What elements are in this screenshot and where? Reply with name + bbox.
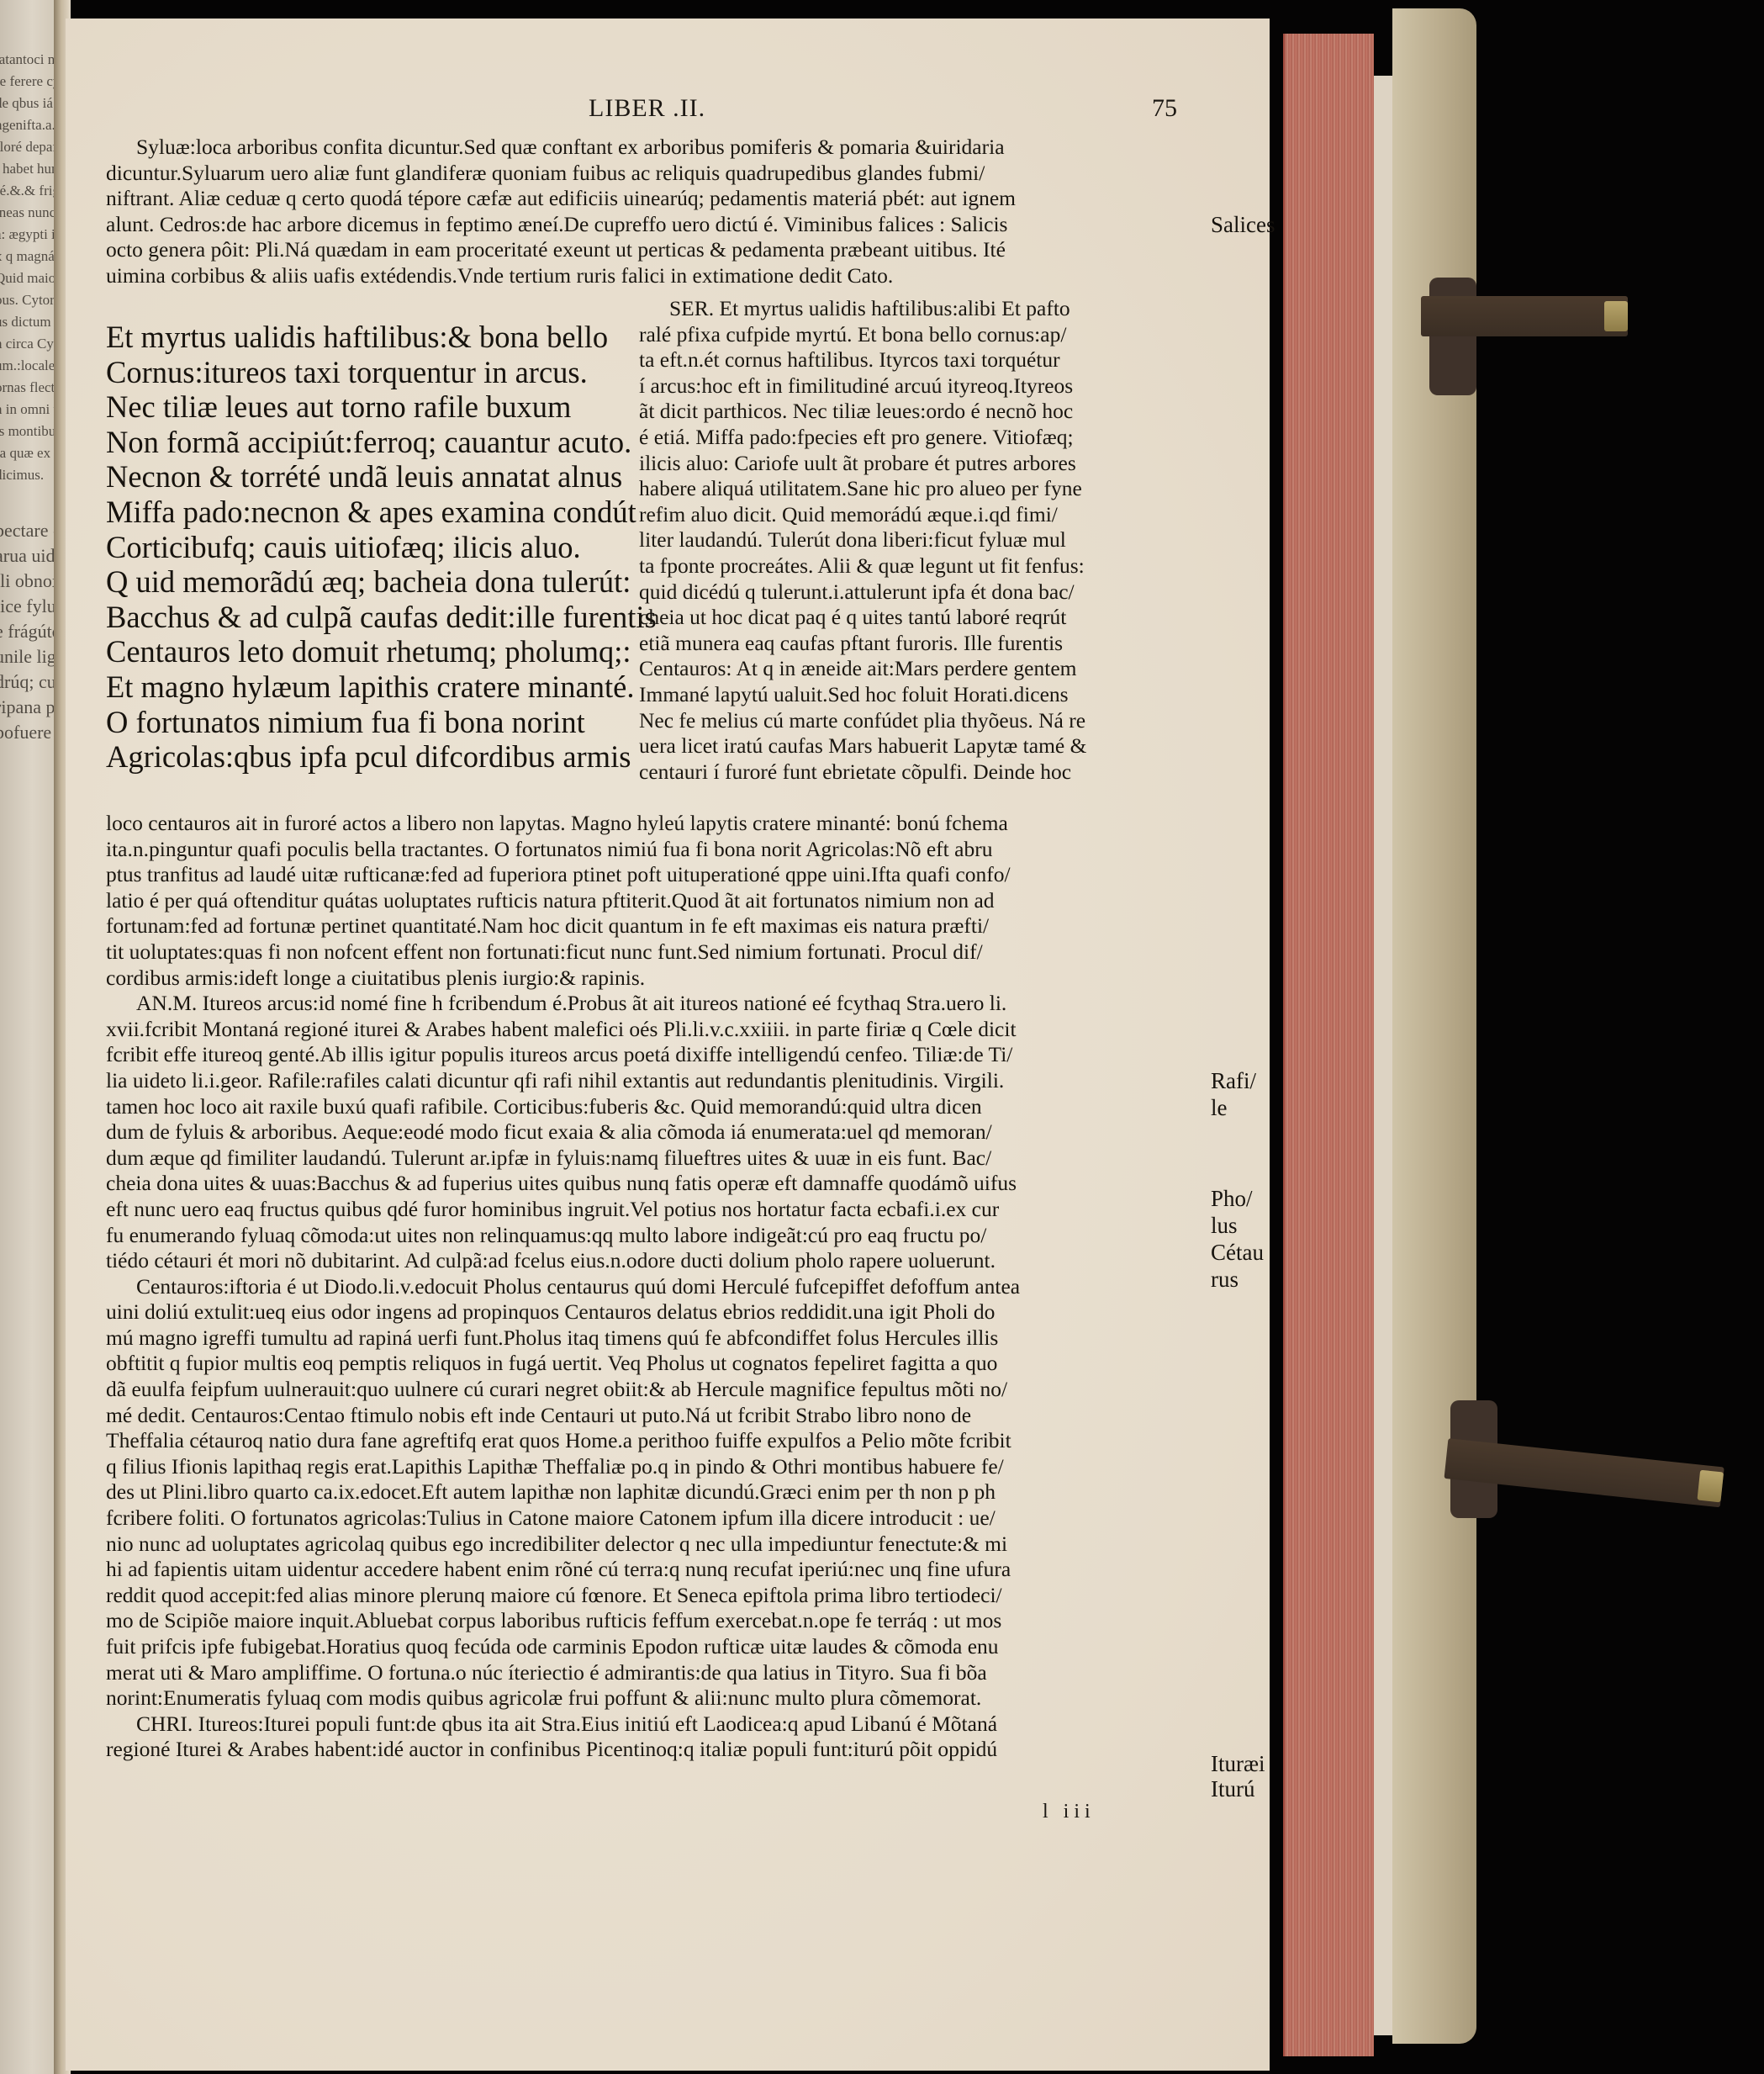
verse-line: Nec tiliæ leues aut torno rafile buxum <box>106 389 657 425</box>
margin-note: rus <box>1211 1267 1238 1293</box>
gloss-line: etiã munera eaq caufas pftant furoris. I… <box>639 631 1086 657</box>
previous-page-text-fragment: floré depafta fatidi <box>0 138 54 156</box>
text-line: Centauros:iftoria é ut Diodo.li.v.edocui… <box>106 1274 1020 1300</box>
gloss-line: quid dicédú q tulerunt.i.attulerunt ipfa… <box>639 579 1086 606</box>
text-line: fcribit effe itureoq genté.Ab illis igit… <box>106 1042 1020 1068</box>
gloss-line: centauri í furoré funt ebrietate cõpulfi… <box>639 759 1086 786</box>
clasp-tip-bottom <box>1697 1470 1724 1503</box>
clasp-top <box>1421 296 1628 336</box>
endleaf <box>1374 76 1392 2035</box>
gloss-line: Centauros: At q in æneide ait:Mars perde… <box>639 656 1086 682</box>
previous-page-text-fragment: pectare cytoru <box>0 521 54 540</box>
text-line: octo genera pôit: Pli.Ná quædam in eam p… <box>106 237 1016 263</box>
gloss-line: ilicis aluo: Cariofe uult ãt probare ét … <box>639 451 1086 477</box>
text-line: mé dedit. Centauros:Centao ftimulo nobis… <box>106 1403 1020 1429</box>
text-line: Theffalia cétauroq natio dura fane agref… <box>106 1428 1020 1454</box>
clasp-plate-top <box>1429 278 1476 395</box>
gloss-line: uera licet iratú caufas Mars habuerit La… <box>639 733 1086 759</box>
text-line: q filius Ifionis lapithaq regis erat.Lap… <box>106 1454 1020 1480</box>
verse-line: Corticibufq; cauis uitiofæq; ilicis aluo… <box>106 530 657 565</box>
margin-note: le <box>1211 1095 1228 1121</box>
red-fore-edge <box>1283 34 1374 2056</box>
previous-page-text-fragment: is montibus plurim <box>0 422 54 441</box>
text-line: hi ad fapientis uitam uidentur accedere … <box>106 1557 1020 1583</box>
gloss-line: Nec fe melius cú marte confúdet plia thy… <box>639 708 1086 734</box>
previous-page-text-fragment: ngenifta.a.ut Plinig <box>0 116 54 135</box>
previous-page-text-fragment: latantoci nulla ferti <box>0 50 54 69</box>
previous-page-text-fragment: bus. Cytorum tefe <box>0 291 54 310</box>
previous-page-text-fragment: n circa Cytog.Bux <box>0 335 54 353</box>
gloss-line: í arcus:hoc eft in fimilitudiné arcuú it… <box>639 373 1086 399</box>
previous-page-text-fragment: fa quæ ex buxo fi <box>0 444 54 463</box>
verse-block: Et myrtus ualidis haftilibus:& bona bell… <box>106 320 657 775</box>
previous-page-text-fragment: a: ægypti ignem ai <box>0 225 54 244</box>
text-line: tamen hoc loco ait raxile buxú quafi raf… <box>106 1094 1020 1120</box>
intro-commentary: Syluæ:loca arboribus confita dicuntur.Se… <box>106 135 1016 289</box>
running-head: LIBER .II. <box>589 94 705 123</box>
text-line: eft nunc uero eaq fructus quibus qdé fur… <box>106 1197 1020 1223</box>
previous-page-text-fragment: ré.&.& frigus & cla <box>0 182 54 200</box>
text-line: norint:Enumeratis fyluaq com modis quibu… <box>106 1685 1020 1712</box>
verse-line: O fortunatos nimium fua fi bona norint <box>106 705 657 740</box>
text-line: dum de fyluis & arboribus. Aeque:eodé mo… <box>106 1119 1020 1145</box>
margin-note: Iturú <box>1211 1776 1254 1802</box>
previous-page-text-fragment: ineas nuncupát. T <box>0 204 54 222</box>
folio-number: 75 <box>1152 94 1177 123</box>
text-line: loco centauros ait in furoré actos a lib… <box>106 811 1020 837</box>
text-line: mo de Scipiõe maiore inquit.Abluebat cor… <box>106 1608 1020 1634</box>
gloss-line: Immané lapytú ualuit.Sed hoc foluit Hora… <box>639 682 1086 708</box>
text-line: mú magno igreffi tumultu ad rapiná uerfi… <box>106 1325 1020 1352</box>
margin-note: Ituræi <box>1211 1751 1265 1777</box>
gloss-line: ralé pfixa cufpide myrtú. Et bona bello … <box>639 322 1086 348</box>
verse-line: Et myrtus ualidis haftilibus:& bona bell… <box>106 320 657 355</box>
text-line: AN.M. Itureos arcus:id nomé fine h fcrib… <box>106 991 1020 1017</box>
signature-mark: l iii <box>1043 1801 1096 1823</box>
previous-page-text-fragment: ripana plauftris <box>0 698 54 717</box>
verse-line: Necnon & torrété undã leuis annatat alnu… <box>106 459 657 495</box>
previous-page-text-fragment: x q magná habet ef <box>0 247 54 266</box>
margin-note: Pho/ <box>1211 1186 1253 1212</box>
previous-page-text-fragment: re ferere cytifum & ta <box>0 72 54 91</box>
gloss-line: refim aluo dicit. Quid memorádú æque.i.q… <box>639 502 1086 528</box>
margin-note: Cétau <box>1211 1240 1264 1266</box>
text-line: niftrant. Aliæ ceduæ q certo quodá tépor… <box>106 186 1016 212</box>
margin-note: lus <box>1211 1213 1238 1239</box>
verse-line: Centauros leto domuit rhetumq; pholumq;: <box>106 634 657 669</box>
text-line: CHRI. Itureos:Iturei populi funt:de qbus… <box>106 1712 1020 1738</box>
previous-page-text-fragment: de qbus iá diximili <box>0 94 54 113</box>
text-line: uimina corbibus & aliis uafis extédendis… <box>106 263 1016 289</box>
text-line: obftitit q fupior multis eoq pemptis rel… <box>106 1351 1020 1377</box>
text-line: regioné Iturei & Arabes habent:idé aucto… <box>106 1737 1020 1763</box>
text-line: fcribere foliti. O fortunatos agricolas:… <box>106 1505 1020 1532</box>
text-line: dicuntur.Syluarum uero aliæ funt glandif… <box>106 161 1016 187</box>
verse-line: Q uid memorãdú æq; bacheia dona tulerút: <box>106 564 657 600</box>
text-line: xvii.fcribit Montaná regioné iturei & Ar… <box>106 1017 1020 1043</box>
verse-line: Non formã accipiút:ferroq; cauantur acut… <box>106 425 657 460</box>
text-line: cordibus armis:ideft longe a ciuitatibus… <box>106 966 1020 992</box>
previous-page-edge: latantoci nulla fertire ferere cytifum &… <box>0 0 54 2074</box>
previous-page-text-fragment: n in omni ufu dam <box>0 400 54 419</box>
gloss-line: ta fponte procreátes. Alii & quæ legunt … <box>639 553 1086 579</box>
text-line: latio é per quá oftenditur quátas uolupt… <box>106 888 1020 914</box>
gloss-line: SER. Et myrtus ualidis haftilibus:alibi … <box>639 296 1086 322</box>
gloss-line: habere aliquá utilitatem.Sane hic pro al… <box>639 476 1086 502</box>
margin-note: Rafi/ <box>1211 1068 1256 1094</box>
previous-page-text-fragment: tice fyluæ. <box>0 597 54 616</box>
text-line: tit uoluptates:quas fi non nofcent effen… <box>106 939 1020 966</box>
gloss-line: é etiá. Miffa pado:fpecies eft pro gener… <box>639 425 1086 451</box>
text-line: nio nunc ad uoluptates agricolaq quibus … <box>106 1532 1020 1558</box>
text-line: dum æque qd fimiliter laudandú. Tulerunt… <box>106 1145 1020 1172</box>
text-line: Syluæ:loca arboribus confita dicuntur.Se… <box>106 135 1016 161</box>
previous-page-text-fragment: Quid maiora fcfe <box>0 269 54 288</box>
verse-line: Miffa pado:necnon & apes examina condút <box>106 495 657 530</box>
previous-page-text-fragment: arua uidere. <box>0 547 54 565</box>
main-commentary: loco centauros ait in furoré actos a lib… <box>106 811 1020 1763</box>
text-line: lia uideto li.i.geor. Rafile:rafiles cal… <box>106 1068 1020 1094</box>
previous-page-text-fragment: um.:locale quotiés a <box>0 357 54 375</box>
previous-page-text-fragment: ornas flectitur;ut al <box>0 378 54 397</box>
text-line: cheia dona uites & uuas:Bacchus & ad fup… <box>106 1171 1020 1197</box>
text-line: alunt. Cedros:de hac arbore dicemus in f… <box>106 212 1016 238</box>
previous-page-text-fragment: dicimus. <box>0 466 54 484</box>
previous-page-text-fragment: unile lignum. <box>0 648 54 666</box>
gloss-line: ãt dicit parthicos. Nec tiliæ leues:ordo… <box>639 399 1086 425</box>
text-line: ptus tranfitus ad laudé uitæ rufticanæ:f… <box>106 862 1020 888</box>
verse-line: Agricolas:qbus ipfa pcul difcordibus arm… <box>106 739 657 775</box>
text-line: fortunam:fed ad fortunæ pertinet quantit… <box>106 913 1020 939</box>
verse-line: Et magno hylæum lapithis cratere minanté… <box>106 669 657 705</box>
gloss-line: cheia ut hoc dicat paq é q uites tantú l… <box>639 605 1086 631</box>
verse-line: Cornus:itureos taxi torquentur in arcus. <box>106 355 657 390</box>
text-line: dã euulfa feipfum uulnerauit:quo uulnere… <box>106 1377 1020 1403</box>
previous-page-text-fragment: e frágútq; feri <box>0 622 54 641</box>
previous-page-text-fragment: pofuere carinas. <box>0 723 54 742</box>
text-line: des ut Plini.libro quarto ca.ix.edocet.E… <box>106 1479 1020 1505</box>
gloss-column: SER. Et myrtus ualidis haftilibus:alibi … <box>639 296 1086 785</box>
text-line: ita.n.pinguntur quafi poculis bella trac… <box>106 837 1020 863</box>
previous-page-text-fragment: drúq; cupreffofq <box>0 673 54 691</box>
previous-page-text-fragment: lli obnoxia cu <box>0 572 54 590</box>
text-line: uini doliú extulit:ueq eius odor ingens … <box>106 1299 1020 1325</box>
previous-page-text-fragment: us dictum é a Cytu <box>0 313 54 331</box>
gloss-line: ta eft.n.ét cornus haftilibus. Ityrcos t… <box>639 347 1086 373</box>
margin-note: Salices <box>1211 212 1275 238</box>
text-line: reddit quod accepit:fed alias minore ple… <box>106 1583 1020 1609</box>
verse-line: Bacchus & ad culpã caufas dedit:ille fur… <box>106 600 657 635</box>
gloss-line: liter laudandú. Tulerút dona liberi:ficu… <box>639 527 1086 553</box>
text-line: tiédo cétauri ét mori nõ dubitarint. Ad … <box>106 1248 1020 1274</box>
text-line: fuit prifcis ipfe fubigebat.Horatius quo… <box>106 1634 1020 1660</box>
clasp-tip-top <box>1604 301 1628 331</box>
text-line: fu enumerando fyluaq cõmoda:ut uites non… <box>106 1223 1020 1249</box>
previous-page-text-fragment: i habet humorem <box>0 160 54 178</box>
text-line: merat uti & Maro ampliffime. O fortuna.o… <box>106 1660 1020 1686</box>
